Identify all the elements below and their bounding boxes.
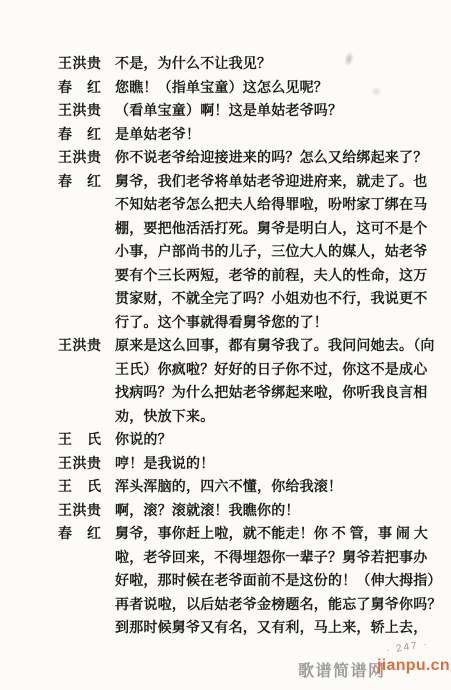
dialogue-entry: 王洪贵你不说老爷给迎接进来的吗？怎么又给绑起来了？ [58, 147, 445, 171]
dialogue-list: 王洪贵不是，为什么不让我见？春 红您瞧！（指单宝童）这怎么见呢？王洪贵（看单宝童… [58, 53, 445, 641]
dialogue-line: 不知姑老爷怎么把夫人给得罪啦，吩咐家丁绑在马 [115, 194, 445, 218]
dialogue-line: 啦，老爷回来，不得埋怨你一辈子？舅爷若把事办 [115, 547, 445, 571]
dialogue-line: 劝，快放下来。 [115, 406, 445, 430]
dialogue-entry: 春 红您瞧！（指单宝童）这怎么见呢？ [58, 77, 445, 101]
watermark-site-url: jianpu.cn [377, 657, 450, 675]
dialogue-line: 你说的？ [115, 429, 445, 453]
speaker-name: 王洪贵 [58, 453, 102, 477]
dialogue-entry: 王 氏浑头浑脑的，四六不懂，你给我滚！ [58, 476, 445, 500]
dialogue-entry: 王洪贵啊，滚？滚就滚！我瞧你的！ [58, 500, 445, 524]
speech-text: 不是，为什么不让我见？ [115, 53, 445, 77]
watermark-site-name: 歌谱简谱网 [298, 658, 386, 681]
dialogue-entry: 王洪贵哼！是我说的！ [58, 453, 445, 477]
speech-text: 你说的？ [115, 429, 445, 453]
dialogue-entry: 王洪贵原来是这么回事，都有舅爷我了。我问问她去。（向王氏）你疯啦？好好的日子你不… [58, 335, 445, 429]
speech-text: 哼！是我说的！ [115, 453, 445, 477]
dialogue-line: 舅爷，事你赶上啦，就不能走！你 不 管，事 闹 大 [115, 523, 445, 547]
dialogue-line: 浑头浑脑的，四六不懂，你给我滚！ [115, 476, 445, 500]
speaker-name: 春 红 [58, 77, 102, 101]
dialogue-entry: 王 氏你说的？ [58, 429, 445, 453]
dialogue-line: 要有个三长两短，老爷的前程，夫人的性命，这万 [115, 265, 445, 289]
dialogue-line: 棚，要把他活活打死。舅爷是明白人，这可不是个 [115, 218, 445, 242]
dialogue-line: 小事，户部尚书的儿子，三位大人的媒人，姑老爷 [115, 241, 445, 265]
dialogue-line: 贯家财，不就全完了吗？小姐劝也不行，我说更不 [115, 288, 445, 312]
speaker-name: 王洪贵 [58, 335, 102, 359]
speaker-name: 王 氏 [58, 476, 102, 500]
speech-text: 啊，滚？滚就滚！我瞧你的！ [115, 500, 445, 524]
speech-text: （看单宝童）啊！这是单姑老爷吗？ [115, 100, 445, 124]
speaker-name: 王洪贵 [58, 100, 102, 124]
speaker-name: 春 红 [58, 171, 102, 195]
speech-text: 舅爷，我们老爷将单姑老爷迎进府来，就走了。也不知姑老爷怎么把夫人给得罪啦，吩咐家… [115, 171, 445, 336]
dialogue-entry: 春 红舅爷，我们老爷将单姑老爷迎进府来，就走了。也不知姑老爷怎么把夫人给得罪啦，… [58, 171, 445, 336]
speech-text: 你不说老爷给迎接进来的吗？怎么又给绑起来了？ [115, 147, 445, 171]
speaker-name: 王洪贵 [58, 53, 102, 77]
dialogue-entry: 王洪贵不是，为什么不让我见？ [58, 53, 445, 77]
speaker-name: 春 红 [58, 124, 102, 148]
speaker-name: 王洪贵 [58, 147, 102, 171]
dialogue-entry: 春 红是单姑老爷！ [58, 124, 445, 148]
dialogue-entry: 王洪贵（看单宝童）啊！这是单姑老爷吗？ [58, 100, 445, 124]
speech-text: 舅爷，事你赶上啦，就不能走！你 不 管，事 闹 大啦，老爷回来，不得埋怨你一辈子… [115, 523, 445, 641]
dialogue-line: 不是，为什么不让我见？ [115, 53, 445, 77]
dialogue-line: （看单宝童）啊！这是单姑老爷吗？ [115, 100, 445, 124]
dialogue-line: 原来是这么回事，都有舅爷我了。我问问她去。（向 [115, 335, 445, 359]
dialogue-line: 啊，滚？滚就滚！我瞧你的！ [115, 500, 445, 524]
script-page: 王洪贵不是，为什么不让我见？春 红您瞧！（指单宝童）这怎么见呢？王洪贵（看单宝童… [0, 0, 451, 690]
dialogue-line: 王氏）你疯啦？好好的日子你不过，你这不是成心 [115, 359, 445, 383]
speech-text: 浑头浑脑的，四六不懂，你给我滚！ [115, 476, 445, 500]
speech-text: 原来是这么回事，都有舅爷我了。我问问她去。（向王氏）你疯啦？好好的日子你不过，你… [115, 335, 445, 429]
speaker-name: 王洪贵 [58, 500, 102, 524]
speech-text: 您瞧！（指单宝童）这怎么见呢？ [115, 77, 445, 101]
speech-text: 是单姑老爷！ [115, 124, 445, 148]
dialogue-line: 您瞧！（指单宝童）这怎么见呢？ [115, 77, 445, 101]
dialogue-entry: 春 红舅爷，事你赶上啦，就不能走！你 不 管，事 闹 大啦，老爷回来，不得埋怨你… [58, 523, 445, 641]
dialogue-line: 哼！是我说的！ [115, 453, 445, 477]
dialogue-line: 你不说老爷给迎接进来的吗？怎么又给绑起来了？ [115, 147, 445, 171]
dialogue-line: 行了。这个事就得看舅爷您的了！ [115, 312, 445, 336]
dialogue-line: 找病吗？为什么把姑老爷绑起来啦，你听我良言相 [115, 382, 445, 406]
dialogue-line: 再者说啦，以后姑老爷金榜题名，能忘了舅爷你吗？ [115, 594, 445, 618]
speaker-name: 王 氏 [58, 429, 102, 453]
dialogue-line: 舅爷，我们老爷将单姑老爷迎进府来，就走了。也 [115, 171, 445, 195]
page-number: · 247 · [385, 639, 429, 657]
dialogue-line: 好啦，那时候在老爷面前不是这份的！（伸大拇指） [115, 570, 445, 594]
speaker-name: 春 红 [58, 523, 102, 547]
dialogue-line: 到那时候舅爷又有名，又有利，马上来，轿上去， [115, 617, 445, 641]
dialogue-line: 是单姑老爷！ [115, 124, 445, 148]
